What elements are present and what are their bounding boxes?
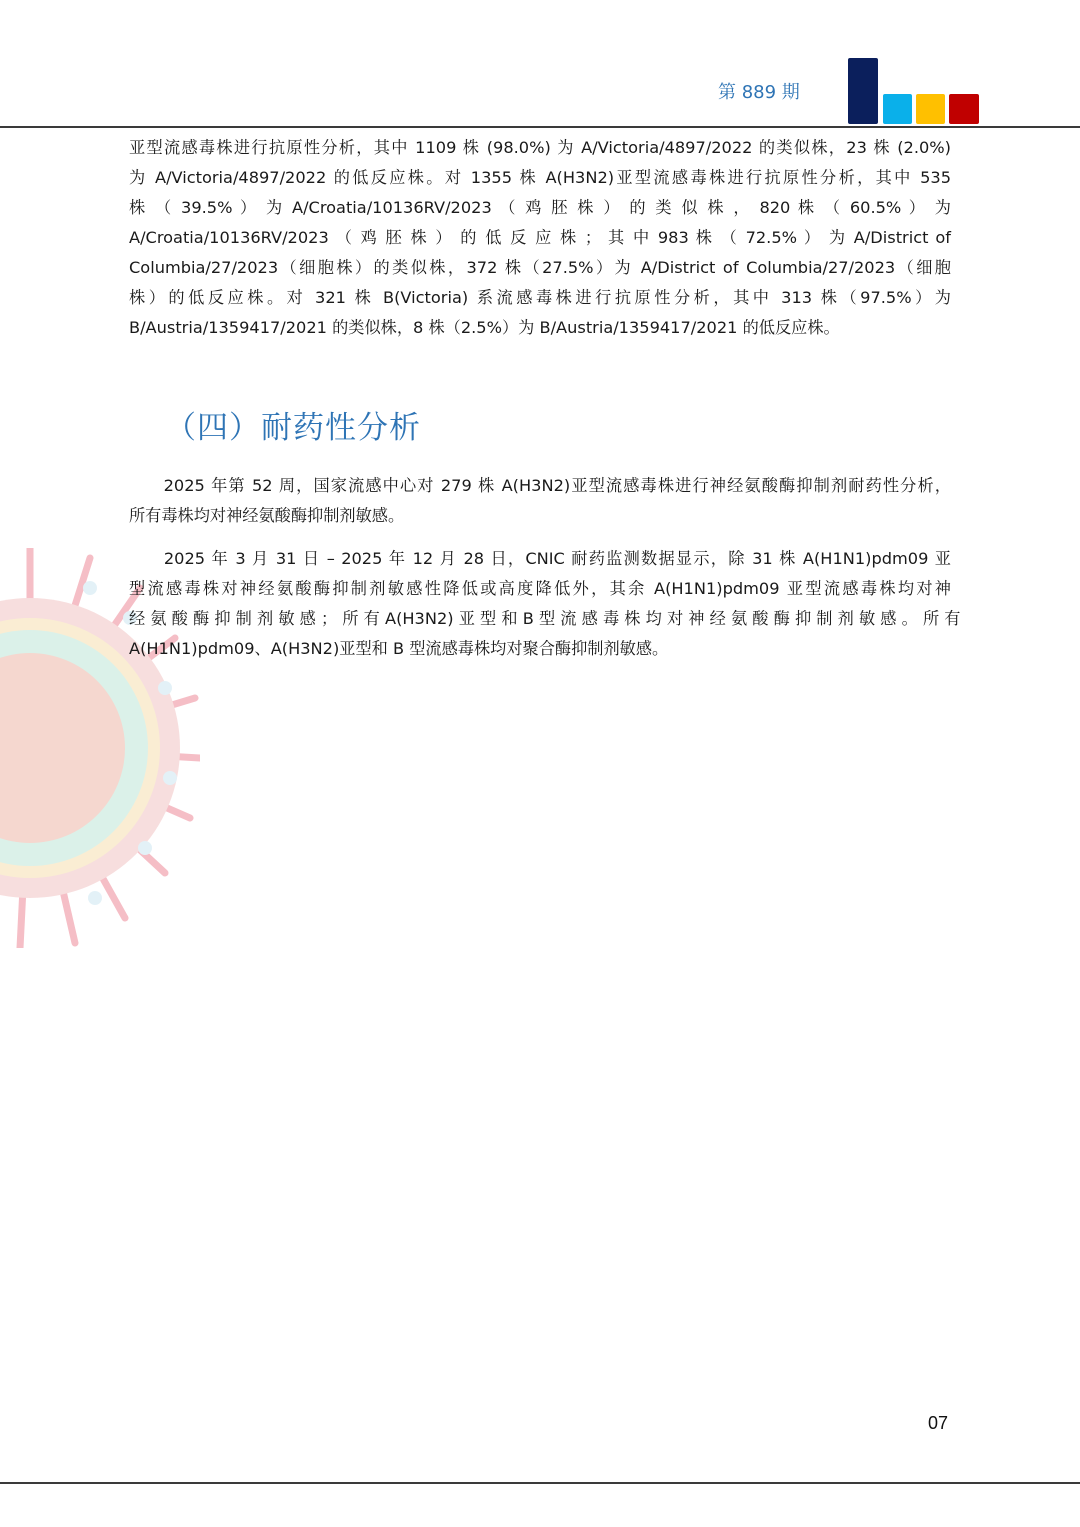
footer-divider (0, 1482, 1080, 1484)
text-line: 所有毒株均对神经氨酸酶抑制剂敏感。 (129, 501, 951, 531)
logo-bar-yellow (916, 94, 945, 124)
text-line: 亚型流感毒株进行抗原性分析，其中 1109 株 (98.0%) 为 A/Vict… (129, 133, 951, 163)
text-line: 为 A/Victoria/4897/2022 的低反应株。对 1355 株 A(… (129, 163, 951, 193)
text-line: 株 （ 39.5% ） 为 A/Croatia/10136RV/2023 （ 鸡… (129, 193, 951, 223)
header-divider (0, 126, 1080, 128)
text-line: A/Croatia/10136RV/2023 （ 鸡 胚 株 ） 的 低 反 应… (129, 223, 951, 253)
text-line: 2025 年 3 月 31 日 – 2025 年 12 月 28 日，CNIC … (129, 544, 951, 574)
text-line: Columbia/27/2023（细胞株）的类似株，372 株（27.5%）为 … (129, 253, 951, 283)
logo-bar-cyan (883, 94, 912, 124)
page-number: 07 (928, 1413, 948, 1434)
text-line: A(H1N1)pdm09、A(H3N2)亚型和 B 型流感毒株均对聚合酶抑制剂敏… (129, 634, 951, 664)
antigenic-analysis-paragraph: 亚型流感毒株进行抗原性分析，其中 1109 株 (98.0%) 为 A/Vict… (129, 133, 951, 343)
logo-bar-red (949, 94, 979, 124)
logo-bar-navy (848, 58, 878, 124)
drug-resistance-paragraph-1: 2025 年第 52 周，国家流感中心对 279 株 A(H3N2)亚型流感毒株… (129, 471, 951, 531)
text-line: B/Austria/1359417/2021 的类似株，8 株（2.5%）为 B… (129, 313, 951, 343)
text-line: 2025 年第 52 周，国家流感中心对 279 株 A(H3N2)亚型流感毒株… (129, 471, 951, 501)
text-line: 株）的低反应株。对 321 株 B(Victoria) 系流感毒株进行抗原性分析… (129, 283, 951, 313)
issue-number: 第 889 期 (718, 78, 800, 104)
text-line: 经 氨 酸 酶 抑 制 剂 敏 感 ； 所 有 A(H3N2) 亚 型 和 B … (129, 604, 951, 634)
section-heading-drug-resistance: （四）耐药性分析 (165, 402, 421, 447)
text-line: 型流感毒株对神经氨酸酶抑制剂敏感性降低或高度降低外，其余 A(H1N1)pdm0… (129, 574, 951, 604)
drug-resistance-paragraph-2: 2025 年 3 月 31 日 – 2025 年 12 月 28 日，CNIC … (129, 544, 951, 664)
brand-logo-bars (848, 58, 980, 124)
